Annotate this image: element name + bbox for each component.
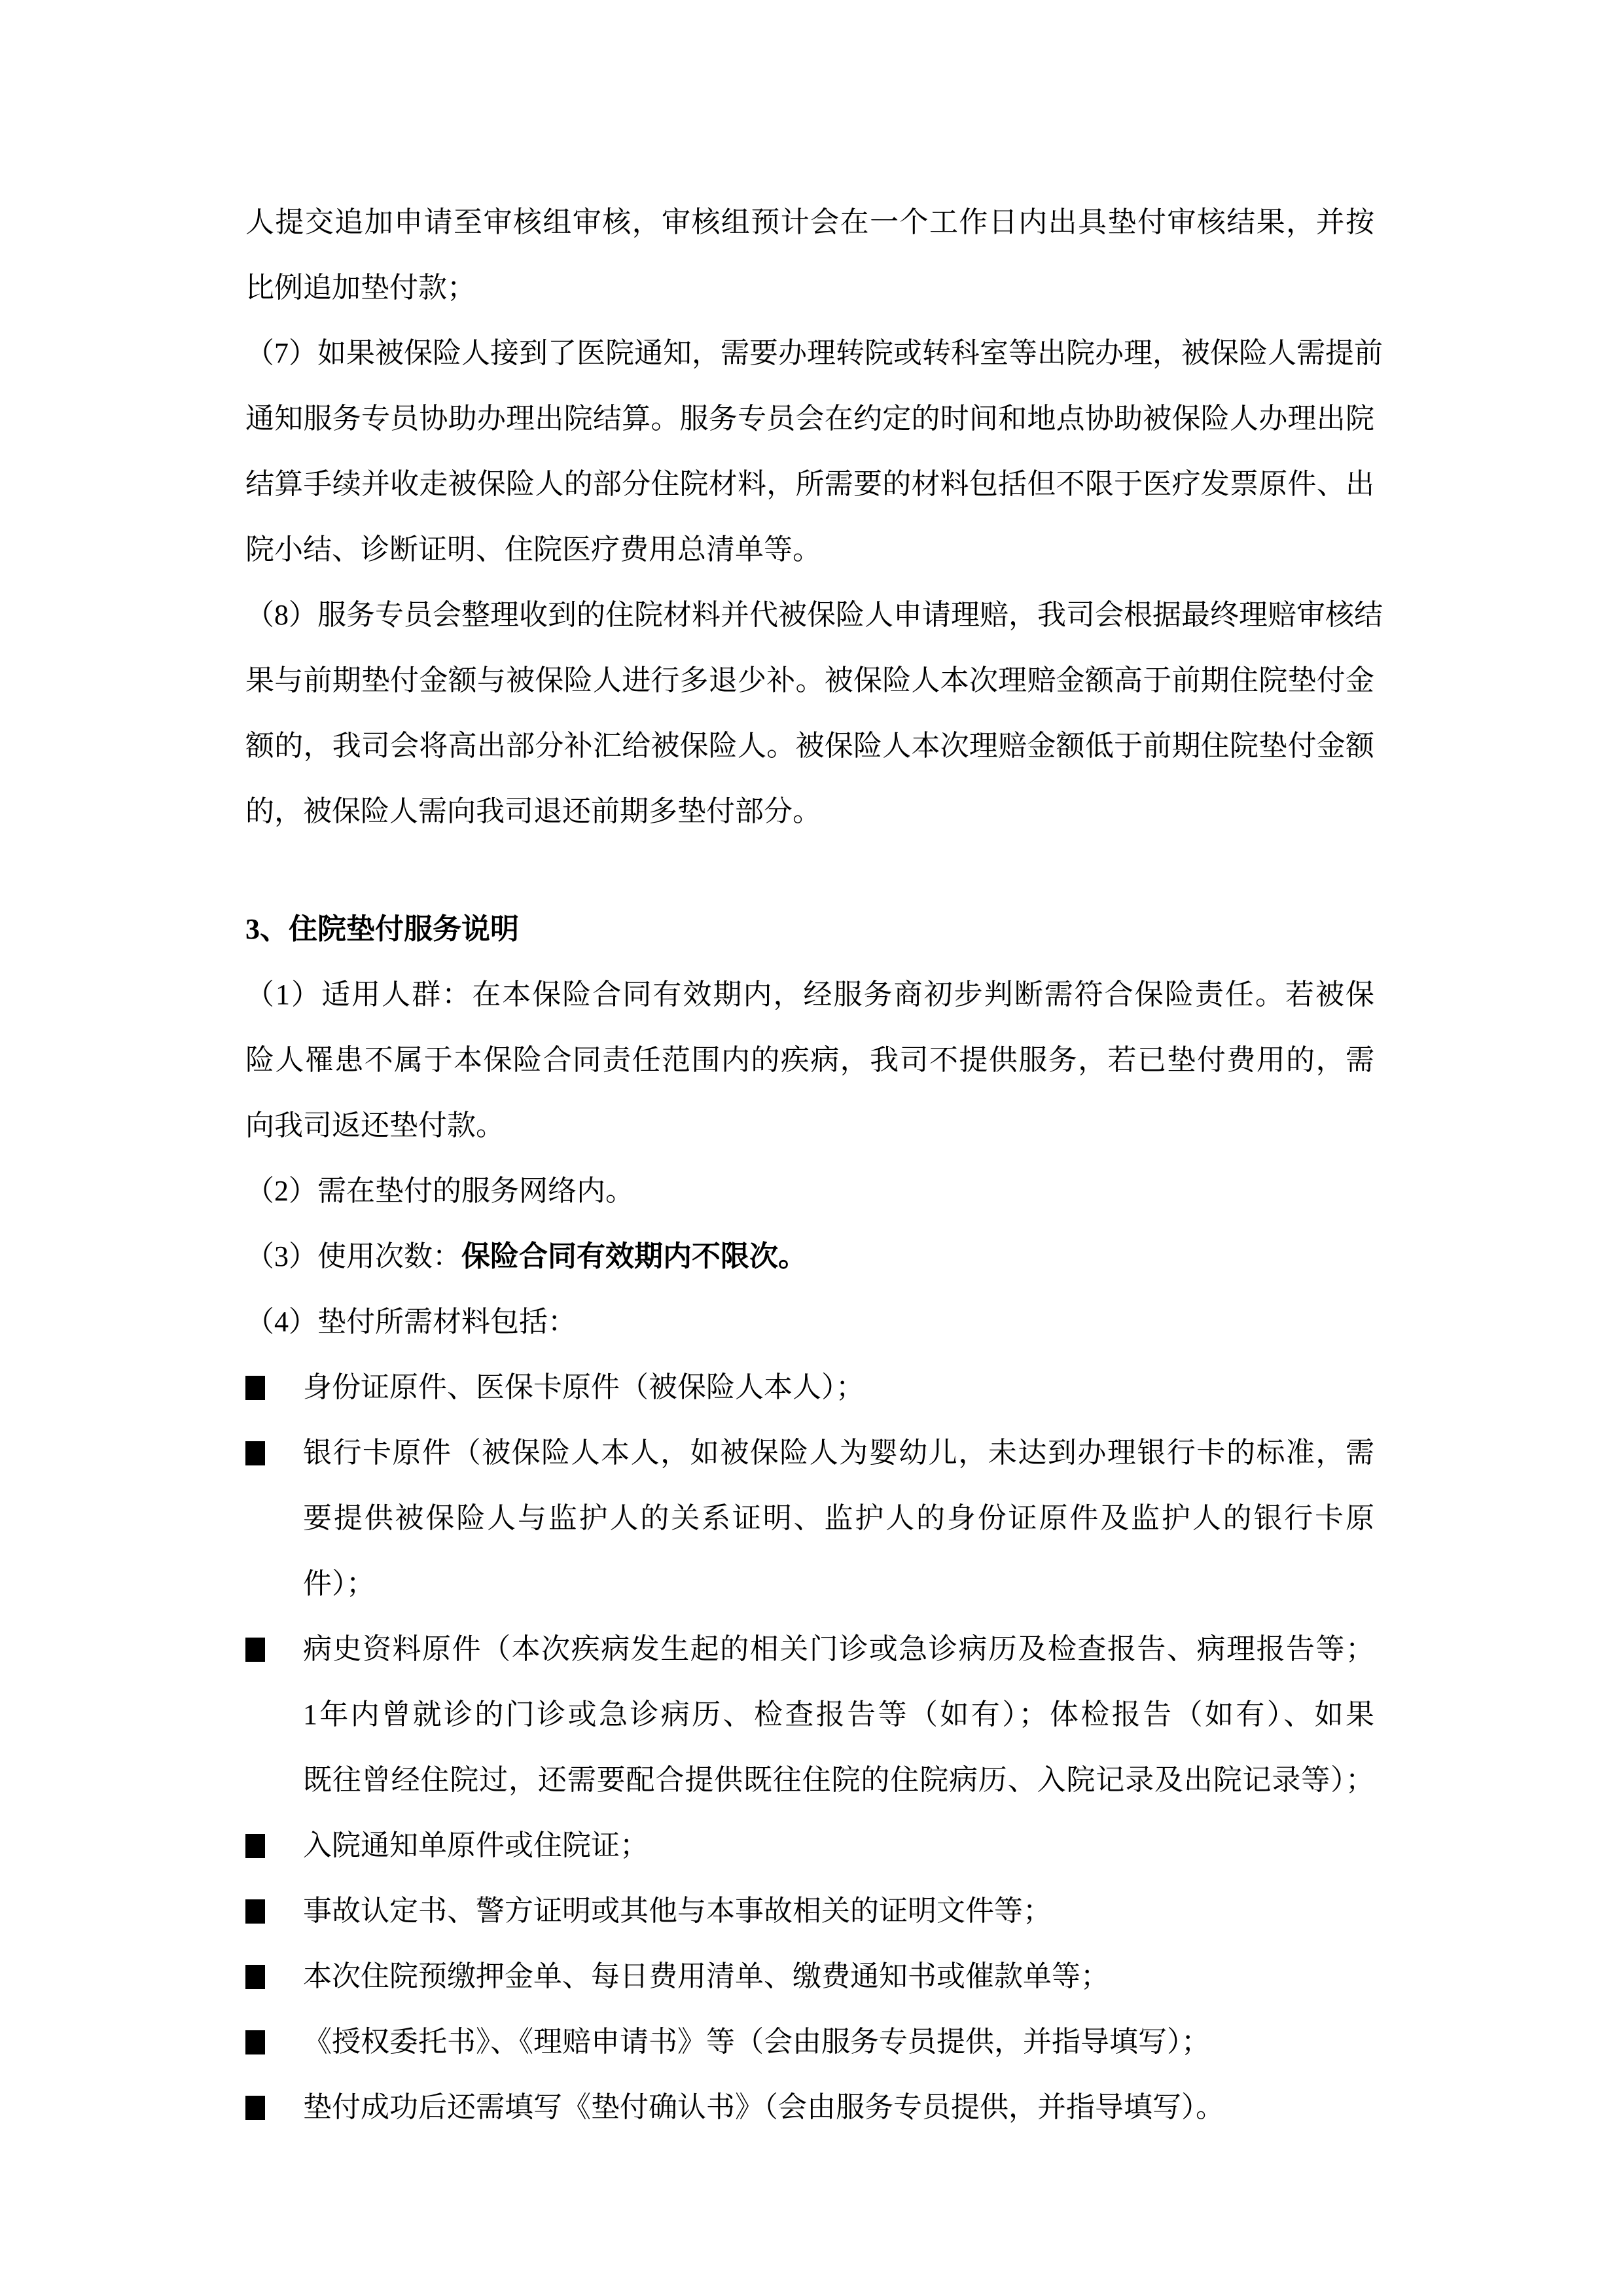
bullet-item: 垫付成功后还需填写《垫付确认书》（会由服务专员提供，并指导填写）。 (245, 2075, 1374, 2140)
section-heading: 3、住院垫付服务说明 (245, 897, 1374, 962)
bullet-square-icon (245, 1441, 265, 1465)
text-line: 结算手续并收走被保险人的部分住院材料，所需要的材料包括但不限于医疗发票原件、出 (245, 452, 1374, 517)
text-line: 病史资料原件（本次疾病发生起的相关门诊或急诊病历及检查报告、病理报告等； (303, 1617, 1374, 1682)
bullet-item: 身份证原件、医保卡原件（被保险人本人）； (245, 1355, 1374, 1420)
paragraph: （3）使用次数：保险合同有效期内不限次。 (245, 1224, 1374, 1289)
paragraph: （1）适用人群：在本保险合同有效期内，经服务商初步判断需符合保险责任。若被保险人… (245, 962, 1374, 1158)
text-line: （2）需在垫付的服务网络内。 (245, 1158, 1374, 1224)
text-line: 人提交追加申请至审核组审核，审核组预计会在一个工作日内出具垫付审核结果，并按 (245, 190, 1374, 255)
text-line: 向我司返还垫付款。 (245, 1093, 1374, 1158)
text-line: 额的，我司会将高出部分补汇给被保险人。被保险人本次理赔金额低于前期住院垫付金额 (245, 713, 1374, 779)
bullet-square-icon (245, 1834, 265, 1858)
text-line: （7）如果被保险人接到了医院通知，需要办理转院或转科室等出院办理，被保险人需提前 (245, 321, 1374, 386)
text-line: 险人罹患不属于本保险合同责任范围内的疾病，我司不提供服务，若已垫付费用的，需 (245, 1028, 1374, 1093)
text-line: 比例追加垫付款； (245, 255, 1374, 321)
document-content: 人提交追加申请至审核组审核，审核组预计会在一个工作日内出具垫付审核结果，并按比例… (245, 190, 1374, 2140)
text-line: 入院通知单原件或住院证； (303, 1813, 1374, 1878)
bullet-square-icon (245, 1638, 265, 1662)
text-line: 通知服务专员协助办理出院结算。服务专员会在约定的时间和地点协助被保险人办理出院 (245, 386, 1374, 452)
bullet-item: 《授权委托书》、《理赔申请书》等（会由服务专员提供，并指导填写）； (245, 2009, 1374, 2075)
text-line: 的，被保险人需向我司退还前期多垫付部分。 (245, 779, 1374, 844)
bullet-item: 本次住院预缴押金单、每日费用清单、缴费通知书或催款单等； (245, 1944, 1374, 2009)
text-line: 件）； (303, 1551, 1374, 1617)
paragraph: （4）垫付所需材料包括： (245, 1289, 1374, 1355)
bullet-square-icon (245, 1965, 265, 1989)
text-line: 既往曾经住院过，还需要配合提供既往住院的住院病历、入院记录及出院记录等）； (303, 1748, 1374, 1813)
bullet-square-icon (245, 1899, 265, 1924)
text-line: （8）服务专员会整理收到的住院材料并代被保险人申请理赔，我司会根据最终理赔审核结 (245, 583, 1374, 648)
bullet-item: 银行卡原件（被保险人本人，如被保险人为婴幼儿，未达到办理银行卡的标准，需要提供被… (245, 1420, 1374, 1617)
text-line: 3、住院垫付服务说明 (245, 897, 1374, 962)
text-line: （3）使用次数：保险合同有效期内不限次。 (245, 1224, 1374, 1289)
paragraph: （2）需在垫付的服务网络内。 (245, 1158, 1374, 1224)
text-line: 1年内曾就诊的门诊或急诊病历、检查报告等（如有）；体检报告（如有）、如果 (303, 1682, 1374, 1748)
text-line: 要提供被保险人与监护人的关系证明、监护人的身份证原件及监护人的银行卡原 (303, 1486, 1374, 1551)
bold-text: 保险合同有效期内不限次。 (461, 1240, 807, 1272)
text-line: 本次住院预缴押金单、每日费用清单、缴费通知书或催款单等； (303, 1944, 1374, 2009)
text-line: 银行卡原件（被保险人本人，如被保险人为婴幼儿，未达到办理银行卡的标准，需 (303, 1420, 1374, 1486)
bullet-square-icon (245, 2030, 265, 2054)
bullet-item: 事故认定书、警方证明或其他与本事故相关的证明文件等； (245, 1878, 1374, 1944)
text-line: （4）垫付所需材料包括： (245, 1289, 1374, 1355)
paragraph: （8）服务专员会整理收到的住院材料并代被保险人申请理赔，我司会根据最终理赔审核结… (245, 583, 1374, 844)
bullet-item: 病史资料原件（本次疾病发生起的相关门诊或急诊病历及检查报告、病理报告等；1年内曾… (245, 1617, 1374, 1813)
text-line: 身份证原件、医保卡原件（被保险人本人）； (303, 1355, 1374, 1420)
text-line: 事故认定书、警方证明或其他与本事故相关的证明文件等； (303, 1878, 1374, 1944)
paragraph: （7）如果被保险人接到了医院通知，需要办理转院或转科室等出院办理，被保险人需提前… (245, 321, 1374, 583)
paragraph: 人提交追加申请至审核组审核，审核组预计会在一个工作日内出具垫付审核结果，并按比例… (245, 190, 1374, 321)
bullet-square-icon (245, 1376, 265, 1400)
text-line: 院小结、诊断证明、住院医疗费用总清单等。 (245, 517, 1374, 583)
document-page: 人提交追加申请至审核组审核，审核组预计会在一个工作日内出具垫付审核结果，并按比例… (0, 0, 1623, 2296)
text-line: 果与前期垫付金额与被保险人进行多退少补。被保险人本次理赔金额高于前期住院垫付金 (245, 648, 1374, 713)
bullet-item: 入院通知单原件或住院证； (245, 1813, 1374, 1878)
text-line: 垫付成功后还需填写《垫付确认书》（会由服务专员提供，并指导填写）。 (303, 2075, 1374, 2140)
text-run: （3）使用次数： (245, 1240, 461, 1272)
text-line: （1）适用人群：在本保险合同有效期内，经服务商初步判断需符合保险责任。若被保 (245, 962, 1374, 1028)
text-line: 《授权委托书》、《理赔申请书》等（会由服务专员提供，并指导填写）； (303, 2009, 1374, 2075)
bullet-square-icon (245, 2096, 265, 2120)
